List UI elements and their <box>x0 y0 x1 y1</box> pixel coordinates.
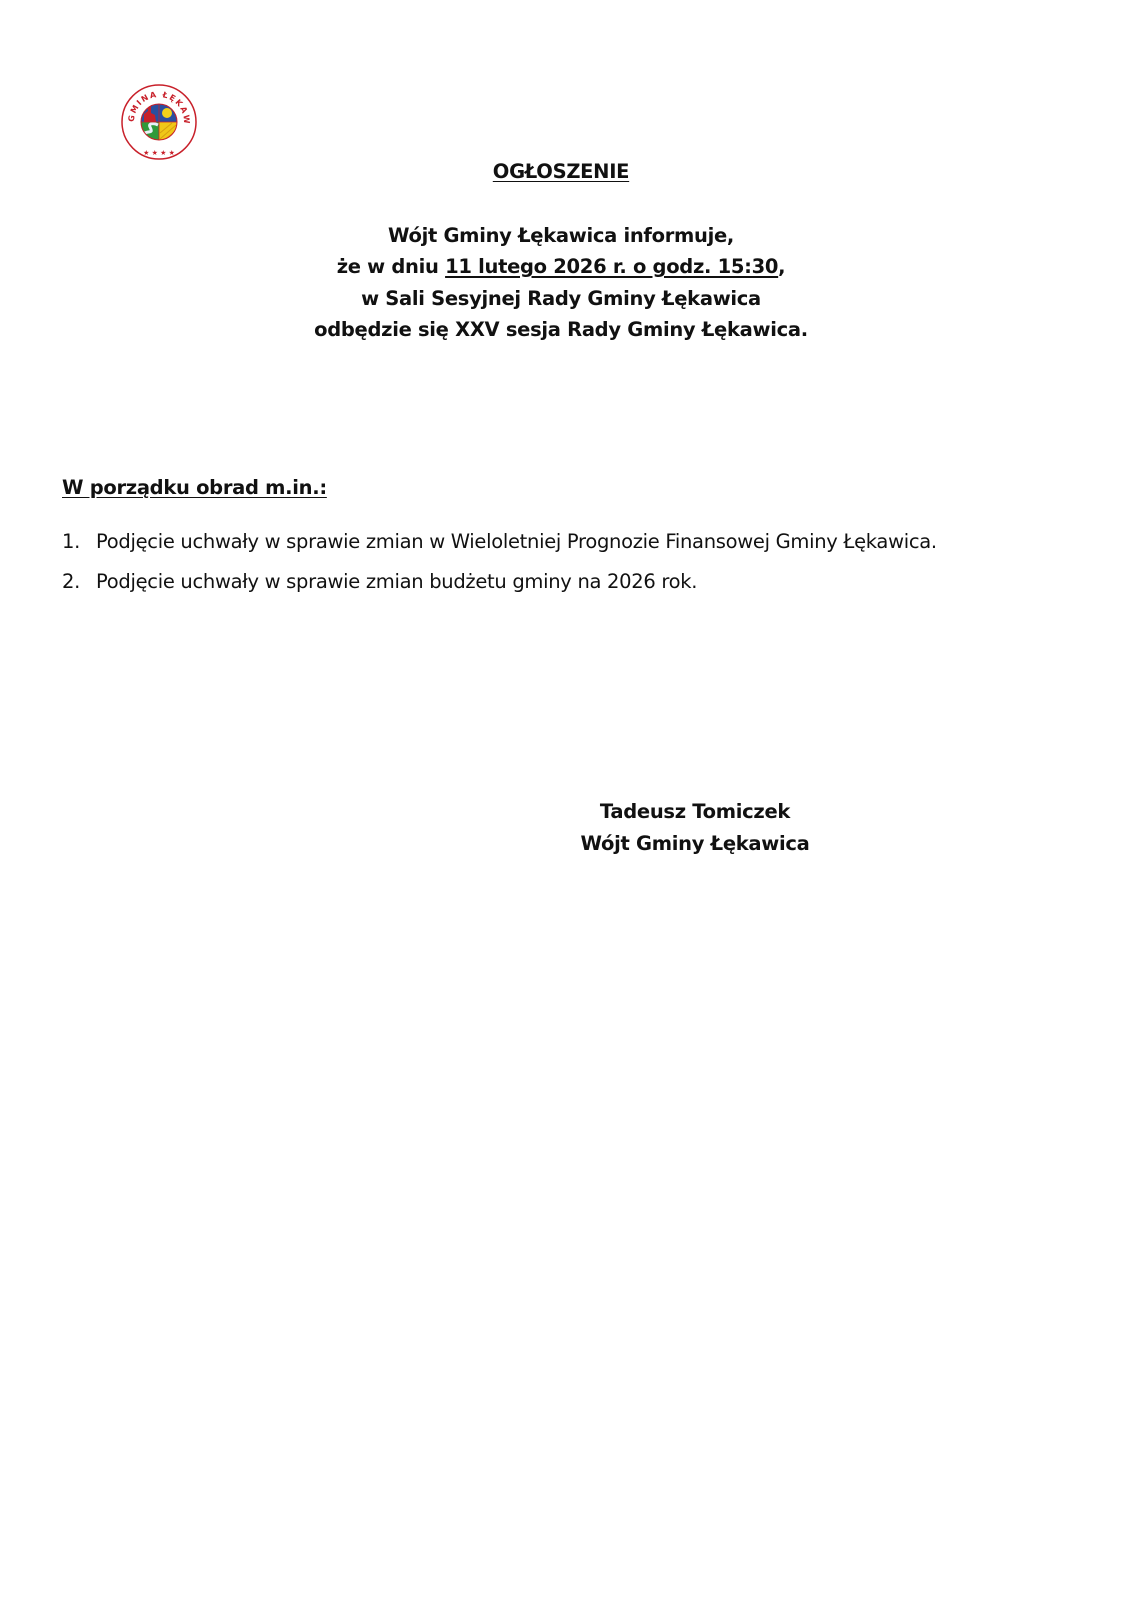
announcement-line-1: Wójt Gminy Łękawica informuje, <box>0 224 1122 247</box>
agenda-item-number: 2. <box>62 570 96 610</box>
signature-name: Tadeusz Tomiczek <box>560 800 830 823</box>
coat-of-arms-icon: GMINA ŁĘKAWICA ★ ★ ★ ★ <box>120 83 198 161</box>
agenda-heading: W porządku obrad m.in.: <box>62 476 327 499</box>
agenda-item-number: 1. <box>62 530 96 570</box>
agenda-item: 2. Podjęcie uchwały w sprawie zmian budż… <box>62 570 937 610</box>
agenda-item-text: Podjęcie uchwały w sprawie zmian w Wielo… <box>96 530 937 570</box>
signature-position: Wójt Gminy Łękawica <box>560 832 830 855</box>
announcement-title: OGŁOSZENIE <box>0 160 1122 183</box>
date-intro: że w dniu <box>337 255 445 278</box>
agenda-list: 1. Podjęcie uchwały w sprawie zmian w Wi… <box>62 530 937 610</box>
document-page: GMINA ŁĘKAWICA ★ ★ ★ ★ OGŁOSZENIE Wójt G… <box>0 0 1122 1598</box>
session-date-time: 11 lutego 2026 r. o godz. 15:30 <box>445 255 778 278</box>
date-suffix: , <box>778 255 785 278</box>
announcement-line-2: że w dniu 11 lutego 2026 r. o godz. 15:3… <box>0 255 1122 278</box>
agenda-item: 1. Podjęcie uchwały w sprawie zmian w Wi… <box>62 530 937 570</box>
announcement-line-3: w Sali Sesyjnej Rady Gminy Łękawica <box>0 287 1122 310</box>
svg-text:★ ★ ★ ★: ★ ★ ★ ★ <box>143 149 175 157</box>
agenda-item-text: Podjęcie uchwały w sprawie zmian budżetu… <box>96 570 697 610</box>
announcement-line-4: odbędzie się XXV sesja Rady Gminy Łękawi… <box>0 318 1122 341</box>
coat-of-arms-logo: GMINA ŁĘKAWICA ★ ★ ★ ★ <box>120 83 198 161</box>
